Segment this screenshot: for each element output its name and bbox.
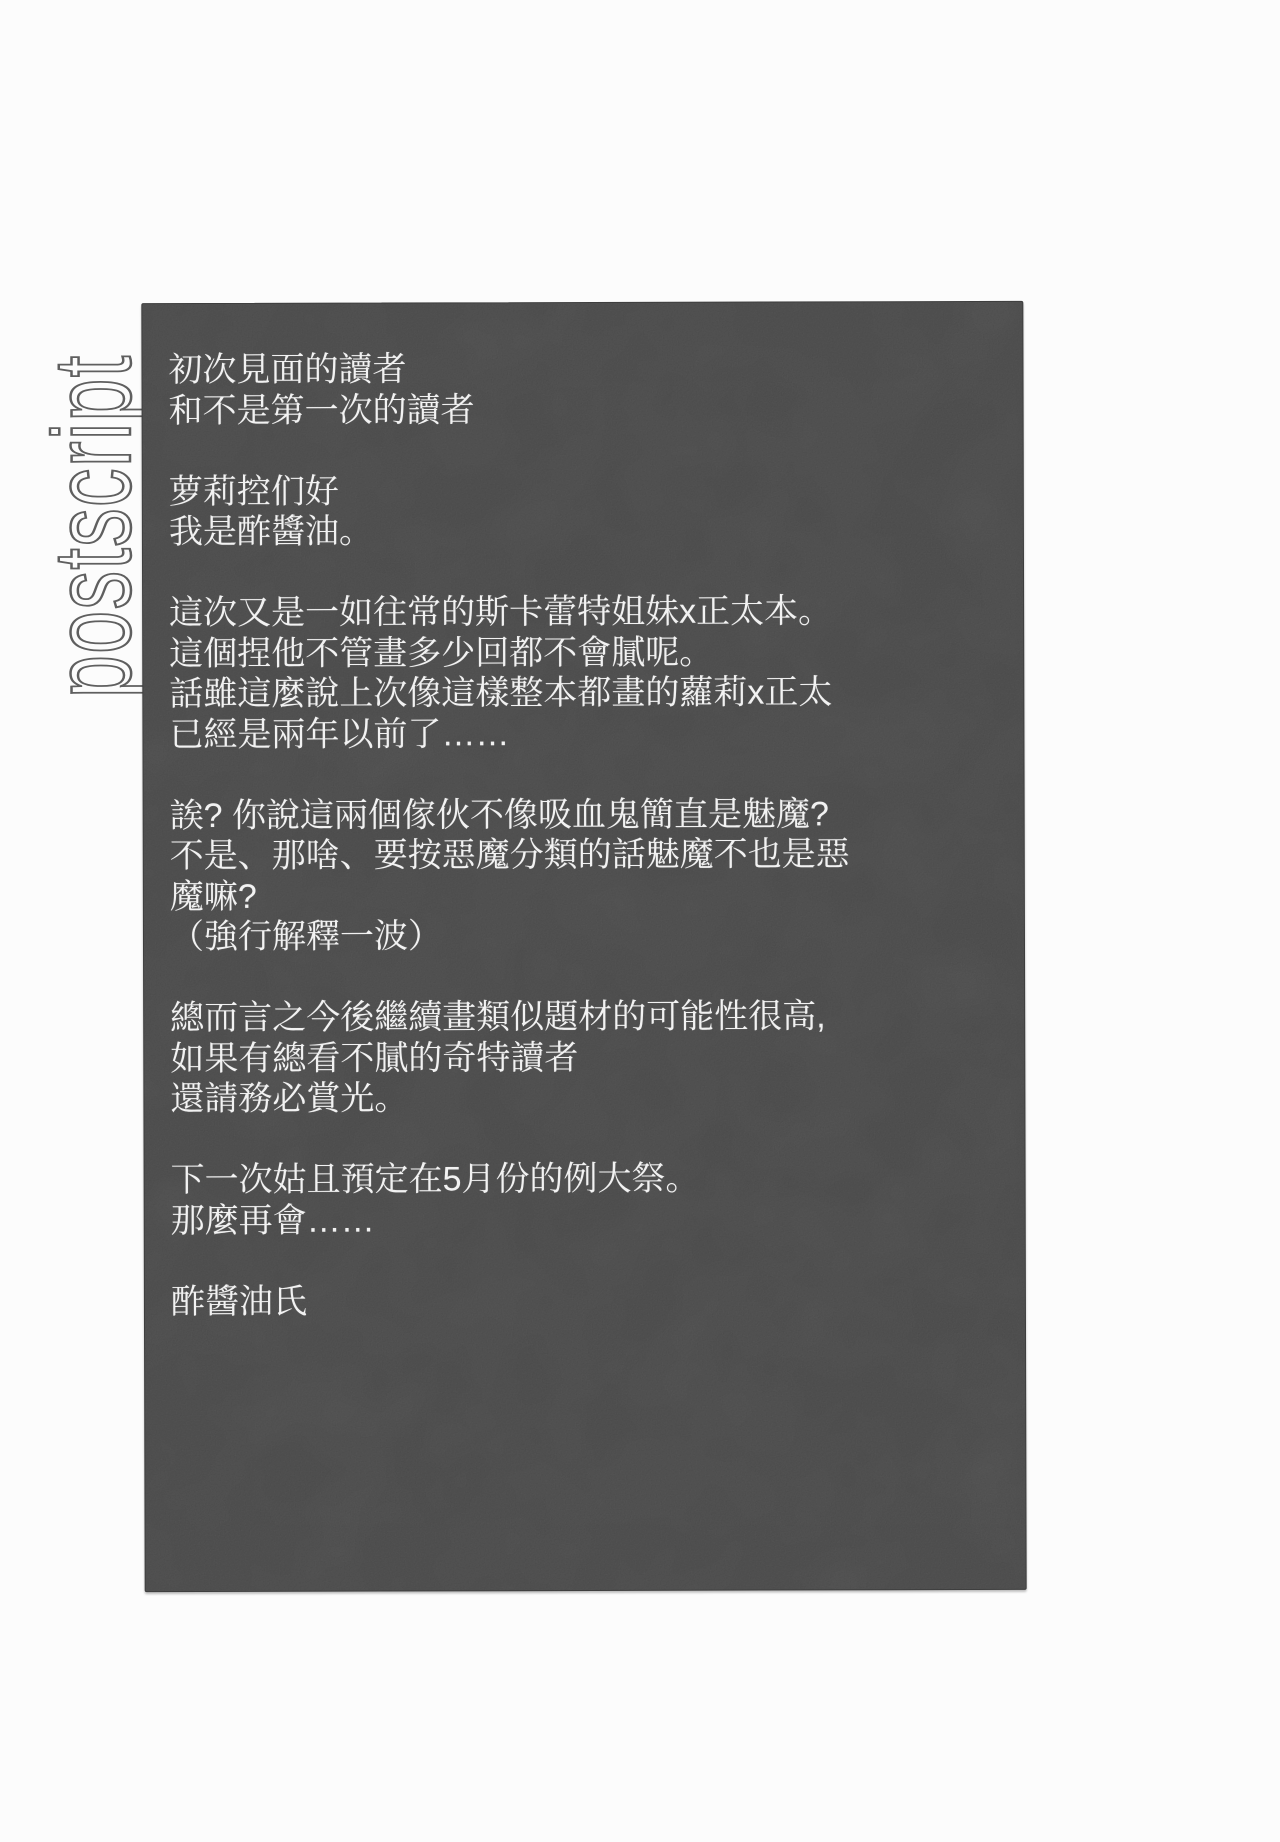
paragraph-about-book: 這次又是一如往常的斯卡蕾特姐妹x正太本。 這個捏他不管畫多少回都不會膩呢。 話雖… [169,591,999,755]
afterword-panel: 初次見面的讀者 和不是第一次的讀者 萝莉控们好 我是酢醬油。 這次又是一如往常的… [141,301,1026,1592]
text-line: 誒? 你說這兩個傢伙不像吸血鬼簡直是魅魔? [170,795,829,835]
text-line: 話雖這麼說上次像這樣整本都畫的蘿莉x正太 [169,673,832,713]
text-line: 如果有總看不膩的奇特讀者 [170,1039,578,1078]
text-line: 初次見面的讀者 [168,350,406,389]
text-line: 萝莉控们好 [169,472,339,510]
afterword-text: 初次見面的讀者 和不是第一次的讀者 萝莉控们好 我是酢醬油。 這次又是一如往常的… [168,348,1001,1322]
paragraph-succubus-joke: 誒? 你說這兩個傢伙不像吸血鬼簡直是魅魔? 不是、那啥、要按惡魔分類的話魅魔不也… [170,793,1000,957]
text-line: 下一次姑且預定在5月份的例大祭。 [171,1160,700,1199]
paragraph-future-plans: 總而言之今後繼續畫類似題材的可能性很高, 如果有總看不膩的奇特讀者 還請務必賞光… [170,996,1000,1120]
paragraph-signature: 酢醬油氏 [171,1279,1001,1322]
text-line: 已經是兩年以前了…… [169,715,509,754]
paragraph-next-event: 下一次姑且預定在5月份的例大祭。 那麼再會…… [171,1158,1001,1241]
text-line: 我是酢醬油。 [169,513,373,552]
scanned-postscript-page: postscript 初次見面的讀者 和不是第一次的讀者 萝莉控们好 我是酢醬油… [0,0,1280,1842]
text-line: 這個捏他不管畫多少回都不會膩呢。 [169,633,713,672]
text-line: 這次又是一如往常的斯卡蕾特姐妹x正太本。 [169,592,832,632]
postscript-vertical-label: postscript [43,334,143,698]
text-line: 和不是第一次的讀者 [169,391,475,430]
text-line: （強行解釋一波） [170,917,442,956]
author-signature: 酢醬油氏 [171,1282,307,1320]
text-line: 那麼再會…… [171,1201,375,1240]
paragraph-greeting: 初次見面的讀者 和不是第一次的讀者 [168,348,998,431]
text-line: 魔嘛? [170,877,257,915]
text-line: 不是、那啥、要按惡魔分類的話魅魔不也是惡 [170,835,850,875]
text-line: 總而言之今後繼續畫類似題材的可能性很高, [170,997,826,1037]
text-line: 還請務必賞光。 [170,1079,408,1118]
paragraph-intro: 萝莉控们好 我是酢醬油。 [169,469,999,552]
